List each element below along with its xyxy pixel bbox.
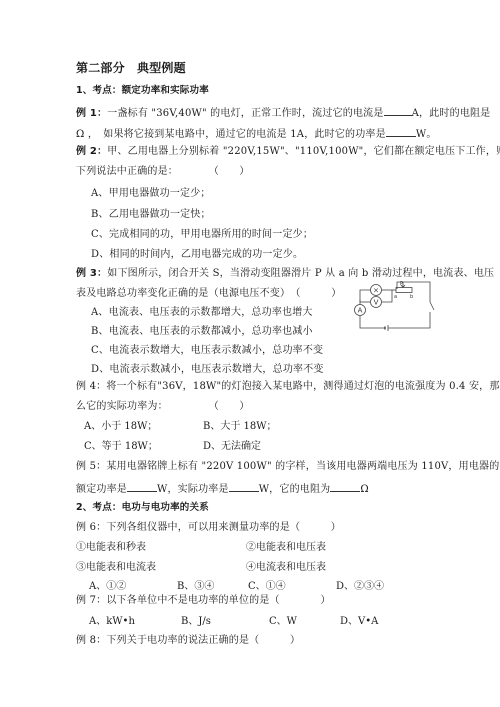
circuit-diagram: × V A P a b <box>352 280 442 335</box>
example-4-option-b: B、大于 18W； <box>203 421 277 433</box>
example-6-option-b: B、③④ <box>177 581 214 593</box>
example-2-line-2: 下列说法中正确的是： （ ） <box>76 166 250 178</box>
example-6-item-1: ①电能表和秒表 <box>76 542 146 554</box>
example-4-option-a: A、小于 18W； <box>84 421 157 433</box>
example-3-line-1: 例 3：如下图所示，闭合开关 S，当滑动变阻器滑片 P 从 a 向 b 滑动过程… <box>76 268 494 280</box>
example-4-option-d: D、无法确定 <box>203 441 261 453</box>
example-6-item-3: ③电能表和电流表 <box>76 562 156 574</box>
answer-blank <box>330 482 360 492</box>
example-5-line-2: 额定功率是W，实际功率是W，它的电阻为Ω <box>76 482 369 496</box>
example-2-option-d: D、相同的时间内，乙用电器完成的功一定少。 <box>91 249 303 261</box>
example-6-option-c: C、①④ <box>248 581 286 593</box>
section-heading-2: 2、考点：电功与电功率的关系 <box>76 502 209 514</box>
example-7-line-1: 例 7：以下各单位中不是电功率的单位的是（ ） <box>76 595 331 607</box>
voltmeter-icon: V <box>374 299 379 307</box>
example-7-option-a: A、kW•h <box>89 616 135 628</box>
example-3-option-a: A、电流表、电压表的示数都增大，总功率也增大 <box>91 307 313 319</box>
example-label: 例 3： <box>76 268 107 279</box>
example-3-option-c: C、电流表示数增大，电压表示数减小，总功率不变 <box>91 345 323 357</box>
example-5-line-1: 例 5：某用电器铭牌上标有 "220V 100W" 的字样，当该用电器两端电压为… <box>76 461 499 473</box>
example-6-item-2: ②电能表和电压表 <box>246 542 326 554</box>
end-b-label: b <box>410 294 413 300</box>
example-2-option-c: C、完成相同的功，甲用电器所用的时间一定少； <box>91 229 313 241</box>
answer-blank <box>229 482 259 492</box>
example-1-line-1: 例 1：一盏标有 "36V,40W" 的电灯，正常工作时，流过它的电流是A，此时… <box>76 106 490 120</box>
example-6-option-d: D、②③④ <box>336 581 384 593</box>
slider-label: P <box>400 281 403 287</box>
example-3-line-2: 表及电路总功率变化正确的是（电源电压不变） （ ） <box>76 288 341 300</box>
example-6-item-4: ④电流表和电压表 <box>246 562 326 574</box>
example-2-option-a: A、甲用电器做功一定少； <box>91 188 211 200</box>
answer-blank <box>386 127 416 137</box>
example-2-line-1: 例 2：甲、乙用电器上分别标着 "220V,15W"、"110V,100W"，它… <box>76 146 500 158</box>
example-1-line-2: Ω ， 如果将它接到某电路中，通过它的电流是 1A，此时它的功率是W。 <box>76 127 437 141</box>
example-7-option-d: D、V•A <box>340 616 378 628</box>
example-label: 例 1： <box>76 108 107 119</box>
part-title: 第二部分 典型例题 <box>76 62 186 74</box>
example-6-line-1: 例 6：下列各组仪器中，可以用来测量功率的是（ ） <box>76 522 341 534</box>
example-3-option-b: B、电流表、电压表的示数都减小，总功率也减小 <box>91 326 313 338</box>
example-6-option-a: A、①② <box>89 581 126 593</box>
example-7-option-b: B、J/s <box>181 616 211 628</box>
example-2-option-b: B、乙用电器做功一定快； <box>91 209 211 221</box>
example-3-option-d: D、电流表示数减小，电压表示数增大，总功率不变 <box>91 364 324 376</box>
ammeter-icon: A <box>358 307 363 315</box>
example-4-option-c: C、等于 18W； <box>84 441 158 453</box>
lamp-icon: × <box>373 287 379 295</box>
answer-blank <box>384 106 412 116</box>
end-a-label: a <box>394 294 397 300</box>
example-4-line-2: 么它的实际功率为： （ ） <box>76 401 250 413</box>
example-7-option-c: C、W <box>269 616 297 628</box>
example-label: 例 2： <box>76 146 107 157</box>
answer-blank <box>127 482 157 492</box>
example-4-line-1: 例 4：将一个标有"36V，18W"的灯泡接入某电路中，测得通过灯泡的电流强度为… <box>76 381 500 393</box>
section-heading-1: 1、考点：额定功率和实际功率 <box>76 85 209 97</box>
example-8-line-1: 例 8：下列关于电功率的说法正确的是（ ） <box>76 635 300 647</box>
